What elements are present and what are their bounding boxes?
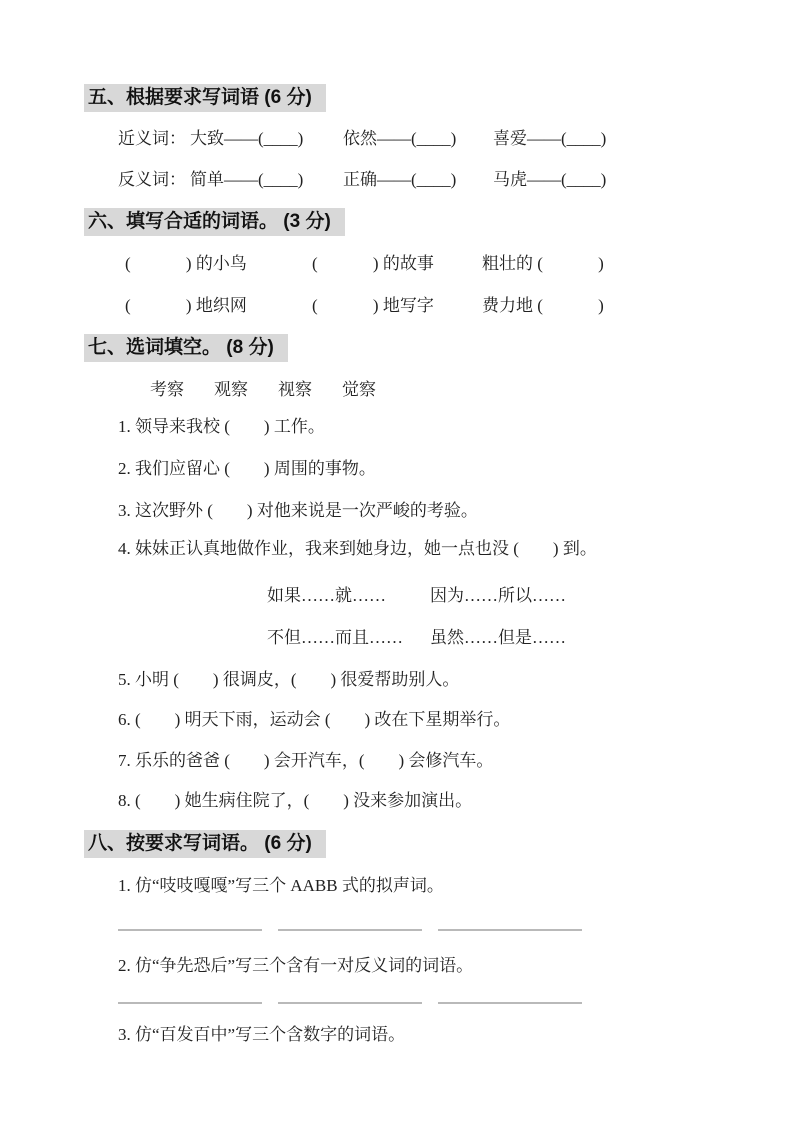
answer-blank-line[interactable] — [278, 929, 422, 931]
fill-in-phrase: 粗壮的 ( ) — [482, 254, 604, 273]
synonym-pair-2: 依然——(____) — [343, 129, 456, 148]
antonym-pair-2: 正确——(____) — [343, 170, 456, 189]
question-item: 6. ( ) 明天下雨，运动会 ( ) 改在下星期举行。 — [118, 710, 510, 729]
fill-in-phrase: ( ) 的小鸟 — [125, 254, 247, 273]
question-item: 2. 我们应留心 ( ) 周围的事物。 — [118, 459, 376, 478]
antonyms-label: 反义词： — [118, 170, 186, 189]
section-8-heading: 八、按要求写词语。 (6 分) — [84, 830, 326, 858]
fill-in-phrase: ( ) 的故事 — [312, 254, 434, 273]
question-item: 2. 仿“争先恐后”写三个含有一对反义词的词语。 — [118, 956, 473, 975]
conjunction-option: 因为……所以…… — [430, 586, 566, 605]
conjunction-option: 虽然……但是…… — [430, 628, 566, 647]
question-item: 1. 仿“吱吱嘎嘎”写三个 AABB 式的拟声词。 — [118, 876, 444, 895]
antonym-pair-3: 马虎——(____) — [493, 170, 606, 189]
fill-in-phrase: 费力地 ( ) — [482, 296, 604, 315]
word-bank-word: 觉察 — [342, 380, 376, 399]
question-item: 4. 妹妹正认真地做作业，我来到她身边，她一点也没 ( ) 到。 — [118, 539, 597, 558]
question-item: 5. 小明 ( ) 很调皮，( ) 很爱帮助别人。 — [118, 670, 459, 689]
test-paper-page: 五、根据要求写词语 (6 分) 近义词： 大致——(____) 依然——(___… — [0, 0, 793, 1122]
question-item: 8. ( ) 她生病住院了，( ) 没来参加演出。 — [118, 791, 472, 810]
conjunction-option: 不但……而且…… — [267, 628, 403, 647]
section-5-heading: 五、根据要求写词语 (6 分) — [84, 84, 326, 112]
antonym-pair-1: 简单——(____) — [190, 170, 303, 189]
conjunction-option: 如果……就…… — [267, 586, 386, 605]
question-item: 7. 乐乐的爸爸 ( ) 会开汽车，( ) 会修汽车。 — [118, 751, 493, 770]
synonyms-label: 近义词： — [118, 129, 186, 148]
synonym-pair-1: 大致——(____) — [190, 129, 303, 148]
answer-blank-line[interactable] — [438, 929, 582, 931]
answer-blank-line[interactable] — [438, 1002, 582, 1004]
word-bank-word: 视察 — [278, 380, 312, 399]
answer-blank-line[interactable] — [118, 929, 262, 931]
answer-blank-line[interactable] — [118, 1002, 262, 1004]
word-bank-word: 考察 — [150, 380, 184, 399]
question-item: 3. 这次野外 ( ) 对他来说是一次严峻的考验。 — [118, 501, 478, 520]
fill-in-phrase: ( ) 地织网 — [125, 296, 247, 315]
word-bank-word: 观察 — [214, 380, 248, 399]
synonym-pair-3: 喜爱——(____) — [493, 129, 606, 148]
section-7-heading: 七、选词填空。 (8 分) — [84, 334, 288, 362]
question-item: 3. 仿“百发百中”写三个含数字的词语。 — [118, 1025, 405, 1044]
section-6-heading: 六、填写合适的词语。 (3 分) — [84, 208, 345, 236]
question-item: 1. 领导来我校 ( ) 工作。 — [118, 417, 325, 436]
fill-in-phrase: ( ) 地写字 — [312, 296, 434, 315]
answer-blank-line[interactable] — [278, 1002, 422, 1004]
